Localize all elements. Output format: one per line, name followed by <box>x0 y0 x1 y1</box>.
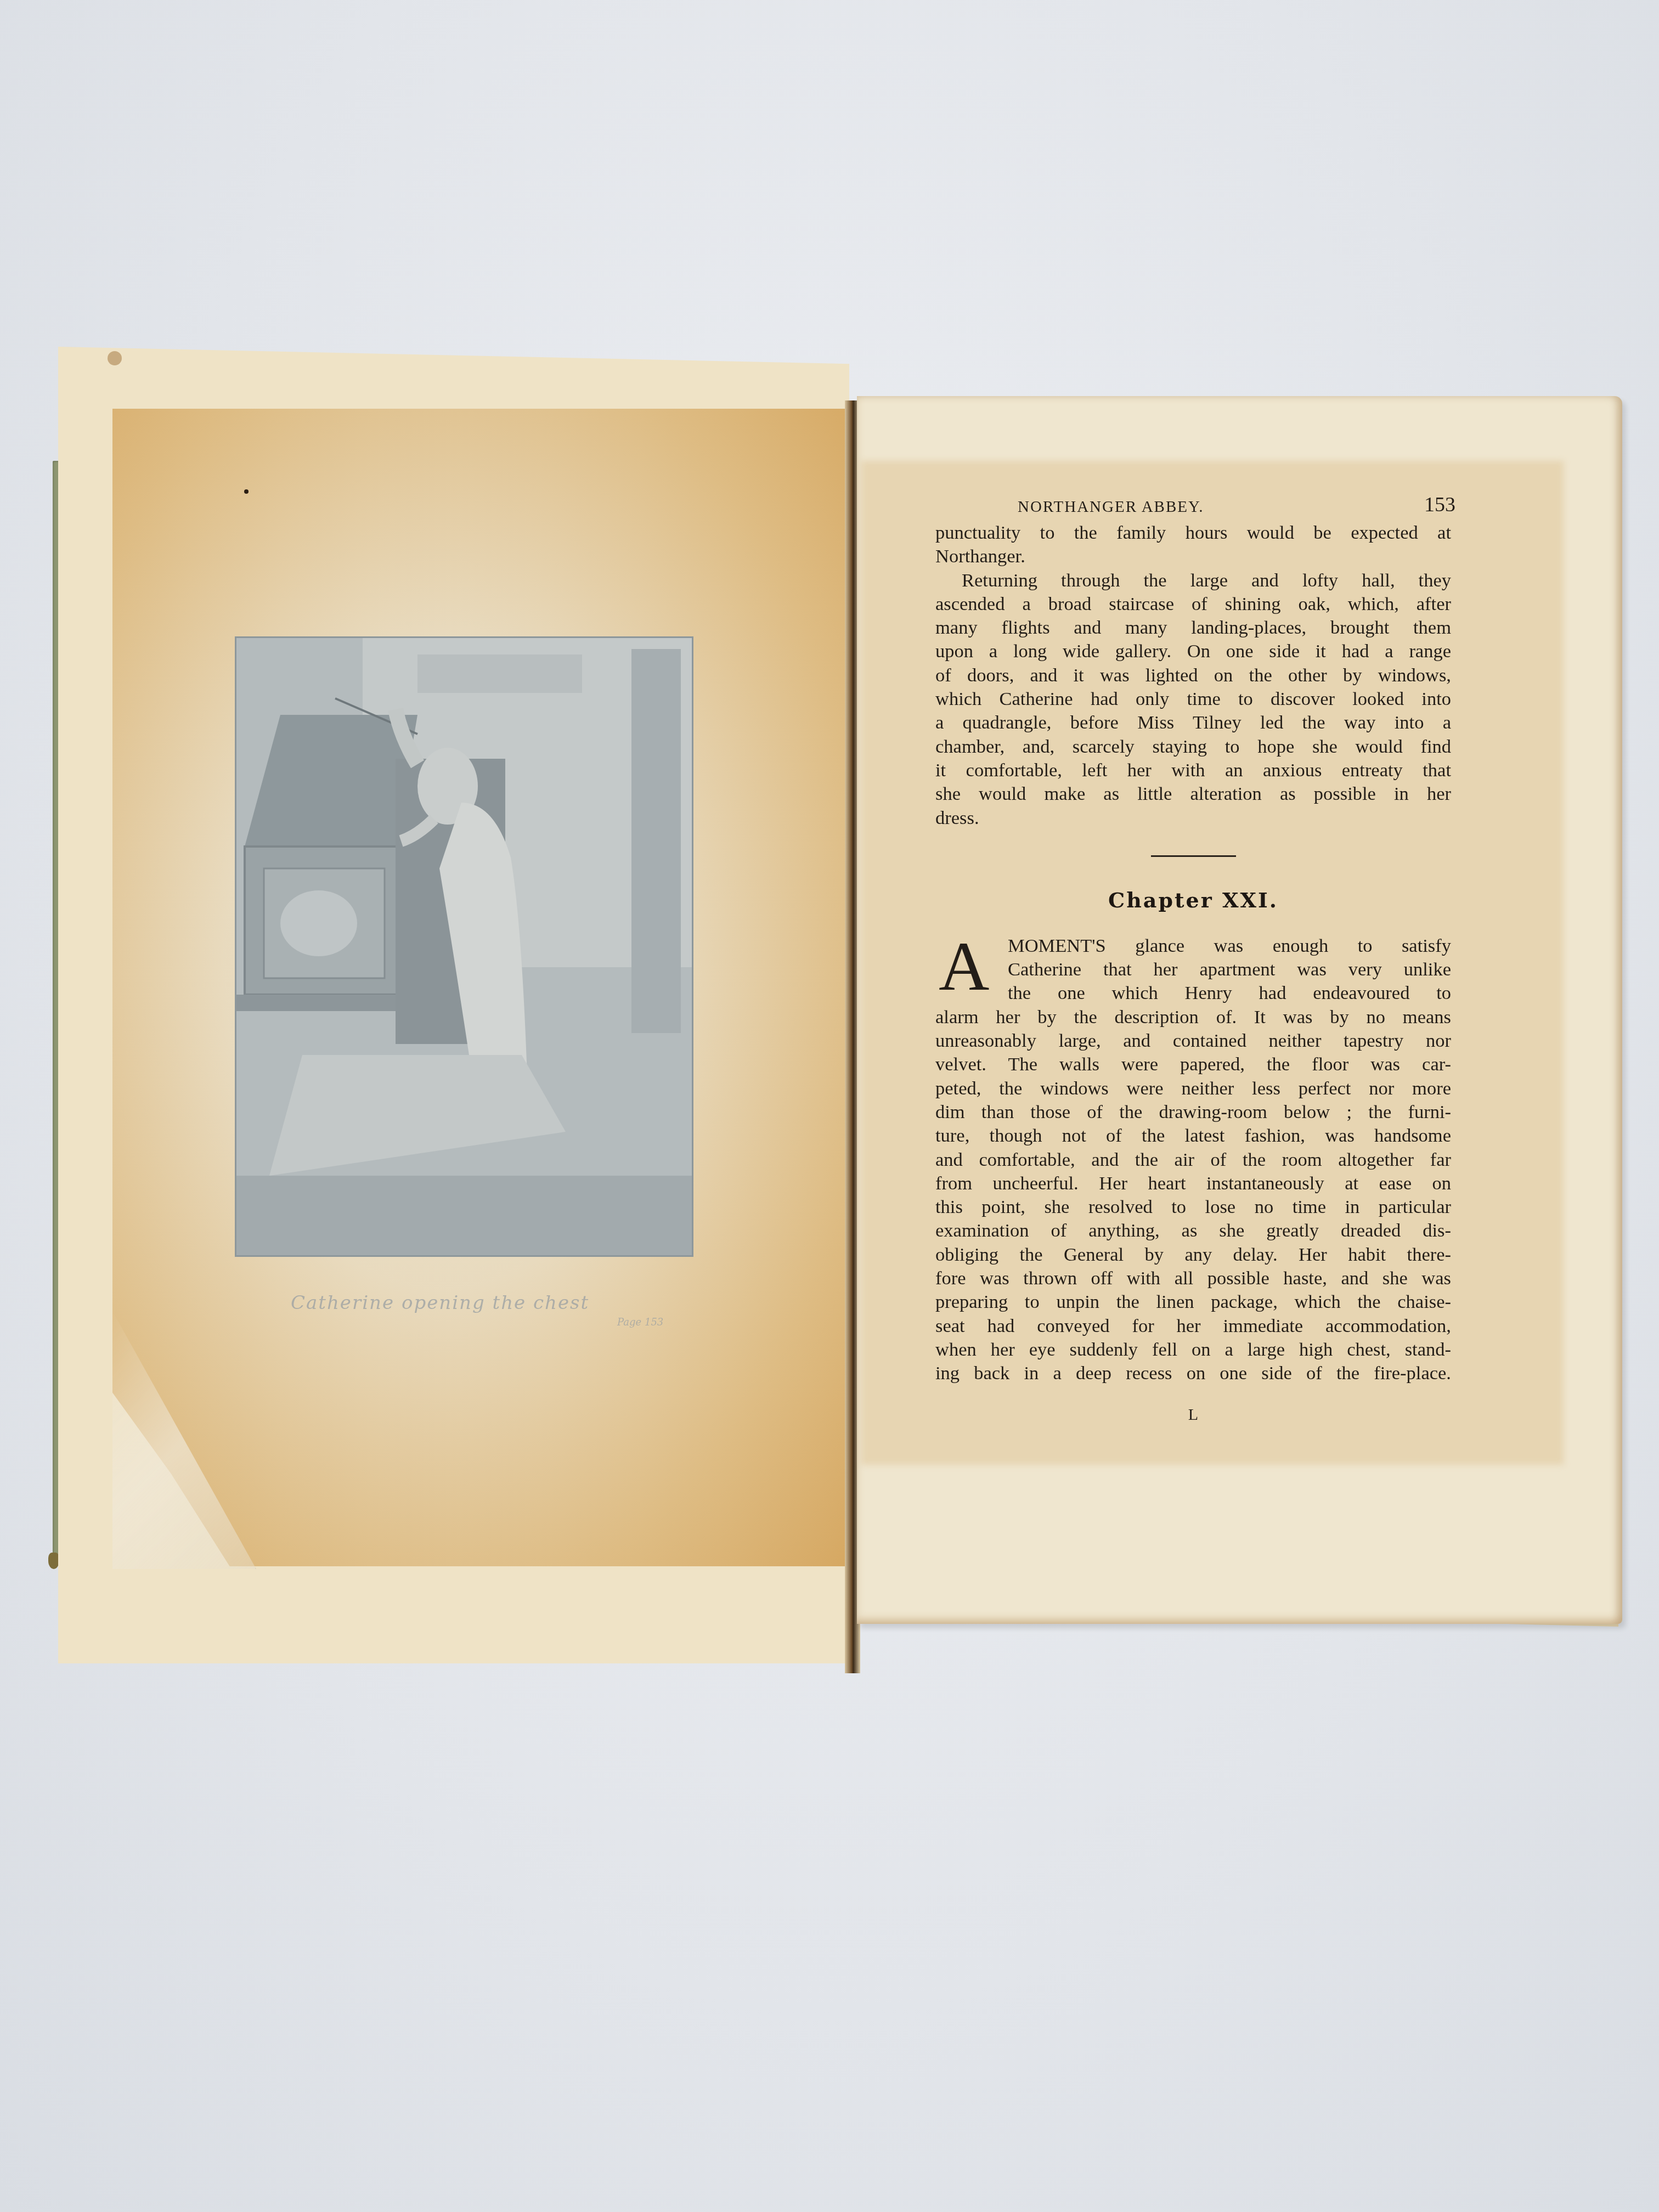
paragraph-continued: punctuality to the family hours would be… <box>935 521 1451 569</box>
text-line: and comfortable, and the air of the room… <box>935 1148 1451 1172</box>
text-line: the one which Henry had endeavoured to <box>935 981 1451 1005</box>
text-line: when her eye suddenly fell on a large hi… <box>935 1338 1451 1362</box>
chapter-opening-paragraph: A MOMENT'S glance was enough to satisfy … <box>935 934 1451 1386</box>
text-line: unreasonably large, and contained neithe… <box>935 1029 1451 1053</box>
signature-mark: L <box>935 1406 1451 1424</box>
text-line: ing back in a deep recess on one side of… <box>935 1362 1451 1385</box>
text-line: Catherine that her apartment was very un… <box>935 958 1451 981</box>
paragraph-returning: Returning through the large and lofty ha… <box>935 569 1451 830</box>
text-line: this point, she resolved to lose no time… <box>935 1195 1451 1219</box>
text-line: from uncheerful. Her heart instantaneous… <box>935 1172 1451 1195</box>
frayed-cloth-corner <box>48 1553 59 1569</box>
text-line: Returning through the large and lofty ha… <box>935 569 1451 592</box>
ink-speck <box>244 489 249 494</box>
frontispiece-illustration <box>235 636 693 1257</box>
text-line: MOMENT'S glance was enough to satisfy <box>935 934 1451 958</box>
text-line: a quadrangle, before Miss Tilney led the… <box>935 711 1451 735</box>
text-line: many flights and many landing-places, br… <box>935 616 1451 640</box>
running-head: NORTHANGER ABBEY. 153 <box>935 483 1451 521</box>
text-line: which Catherine had only time to discove… <box>935 687 1451 711</box>
text-line: velvet. The walls were papered, the floo… <box>935 1053 1451 1076</box>
text-line: ascended a broad staircase of shining oa… <box>935 592 1451 616</box>
open-book: Catherine opening the chest Page 153 NOR… <box>0 0 1659 2212</box>
text-line: ture, though not of the latest fashion, … <box>935 1124 1451 1148</box>
text-line: she would make as little alteration as p… <box>935 782 1451 806</box>
text-line: preparing to unpin the linen package, wh… <box>935 1290 1451 1314</box>
text-line: Northanger. <box>935 545 1451 568</box>
text-line: alarm her by the description of. It was … <box>935 1006 1451 1029</box>
text-line: punctuality to the family hours would be… <box>935 521 1451 545</box>
text-line: upon a long wide gallery. On one side it… <box>935 640 1451 663</box>
engraving-image <box>236 638 692 1255</box>
text-line: chamber, and, scarcely staying to hope s… <box>935 735 1451 759</box>
text-line: of doors, and it was lighted on the othe… <box>935 664 1451 687</box>
text-line: obliging the General by any delay. Her h… <box>935 1243 1451 1267</box>
text-line: examination of anything, as she greatly … <box>935 1219 1451 1243</box>
text-line: dress. <box>935 806 1451 830</box>
text-line: fore was thrown off with all possible ha… <box>935 1267 1451 1290</box>
caption-page-reference: Page 153 <box>617 1317 663 1328</box>
text-line: peted, the windows were neither less per… <box>935 1077 1451 1101</box>
section-rule <box>1151 855 1236 857</box>
text-line: it comfortable, left her with an anxious… <box>935 759 1451 782</box>
text-line: dim than those of the drawing-room below… <box>935 1101 1451 1124</box>
foxing-spot <box>108 351 122 365</box>
illustration-caption: Catherine opening the chest <box>291 1292 642 1314</box>
running-title: NORTHANGER ABBEY. <box>1018 498 1204 516</box>
text-line: seat had conveyed for her immediate acco… <box>935 1314 1451 1338</box>
chapter-heading: Chapter XXI. <box>935 888 1451 912</box>
page-number: 153 <box>1424 493 1455 517</box>
page-text-block: NORTHANGER ABBEY. 153 punctuality to the… <box>935 483 1451 1424</box>
drop-cap: A <box>939 931 989 1001</box>
